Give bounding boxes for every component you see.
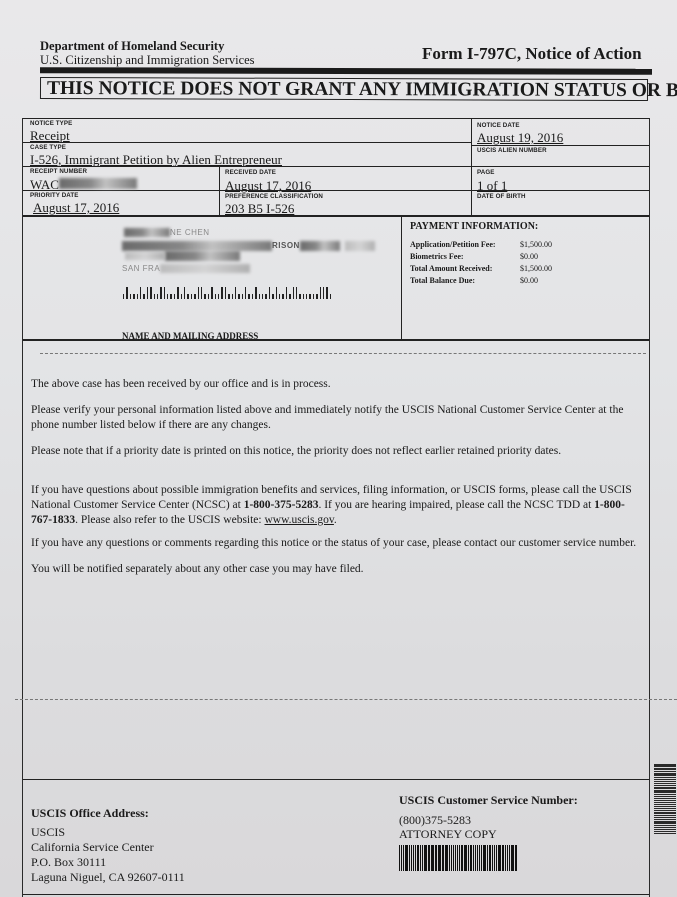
page-label: PAGE — [477, 169, 494, 176]
copy-type: ATTORNEY COPY — [399, 827, 497, 842]
priority-date-value: August 17, 2016 — [33, 200, 119, 216]
office-address-title: USCIS Office Address: — [31, 806, 149, 821]
payment-row-label: Application/Petition Fee: — [410, 240, 496, 249]
payment-info-title: PAYMENT INFORMATION: — [410, 221, 538, 232]
postal-barcode — [123, 287, 331, 299]
address-redaction — [160, 264, 250, 273]
customer-service-phone: (800)375-5283 — [399, 813, 471, 828]
received-date-value: August 17, 2016 — [225, 178, 311, 194]
case-type-label: CASE TYPE — [30, 144, 66, 151]
payment-row-label: Biometrics Fee: — [410, 252, 464, 261]
priority-date-label: PRIORITY DATE — [30, 192, 79, 199]
address-fragment-2: RISON — [272, 241, 300, 250]
received-date-label: RECEIVED DATE — [225, 169, 276, 176]
preference-classification-label: PREFERENCE CLASSIFICATION — [225, 193, 323, 200]
office-address-line: Laguna Niguel, CA 92607-0111 — [31, 870, 185, 885]
body-paragraph: If you have any questions or comments re… — [31, 536, 641, 551]
address-redaction — [345, 241, 375, 251]
side-barcode — [654, 764, 676, 850]
payment-row-label: Total Amount Received: — [410, 264, 492, 273]
text: . — [334, 514, 337, 526]
office-address-line: California Service Center — [31, 840, 154, 855]
name-mailing-address-label: NAME AND MAILING ADDRESS — [122, 331, 258, 341]
page-value: 1 of 1 — [477, 178, 507, 194]
payment-row-label: Total Balance Due: — [410, 276, 475, 285]
notice-type-label: NOTICE TYPE — [30, 120, 72, 127]
body-paragraph-contact: If you have questions about possible imm… — [31, 483, 641, 528]
payment-row-value: $0.00 — [520, 276, 538, 285]
fold-line — [15, 699, 677, 700]
agency-name: Department of Homeland Security — [40, 39, 224, 54]
address-redaction — [300, 241, 340, 251]
receipt-number-label: RECEIPT NUMBER — [30, 168, 87, 175]
header-divider-bar — [40, 67, 652, 75]
notice-date-label: NOTICE DATE — [477, 122, 520, 129]
case-type-value: I-526, Immigrant Petition by Alien Entre… — [30, 152, 282, 168]
uscis-website-link[interactable]: www.uscis.gov — [264, 514, 333, 526]
notice-type-value: Receipt — [30, 128, 70, 144]
preference-classification-value: 203 B5 I-526 — [225, 201, 294, 217]
address-redaction — [125, 252, 165, 260]
payment-row-value: $1,500.00 — [520, 240, 552, 249]
receipt-number-value: WAC — [30, 177, 59, 193]
address-redaction — [124, 228, 170, 237]
body-paragraph: The above case has been received by our … — [31, 377, 641, 392]
address-redaction — [165, 251, 240, 261]
payment-row-value: $1,500.00 — [520, 264, 552, 273]
address-fragment-3: SAN FRA — [122, 264, 160, 273]
receipt-number-redaction — [59, 178, 137, 189]
notice-date-value: August 19, 2016 — [477, 130, 563, 146]
fold-line — [40, 353, 646, 354]
notice-banner: THIS NOTICE DOES NOT GRANT ANY IMMIGRATI… — [40, 77, 648, 101]
office-address-line: USCIS — [31, 825, 65, 840]
ncsc-phone: 1-800-375-5283 — [244, 499, 319, 511]
body-paragraph: Please note that if a priority date is p… — [31, 444, 641, 459]
payment-row-value: $0.00 — [520, 252, 538, 261]
document-barcode — [399, 845, 524, 871]
text: . Please also refer to the USCIS website… — [75, 514, 264, 526]
address-redaction — [122, 241, 272, 251]
agency-subname: U.S. Citizenship and Immigration Service… — [40, 53, 255, 68]
address-fragment-1: NE CHEN — [170, 228, 210, 237]
office-address-line: P.O. Box 30111 — [31, 855, 106, 870]
text: . If you are hearing impaired, please ca… — [318, 499, 594, 511]
body-paragraph: Please verify your personal information … — [31, 403, 641, 433]
customer-service-title: USCIS Customer Service Number: — [399, 793, 578, 808]
alien-number-label: USCIS ALIEN NUMBER — [477, 147, 547, 154]
form-title: Form I-797C, Notice of Action — [422, 44, 642, 64]
date-of-birth-label: DATE OF BIRTH — [477, 193, 526, 200]
body-paragraph: You will be notified separately about an… — [31, 562, 641, 577]
